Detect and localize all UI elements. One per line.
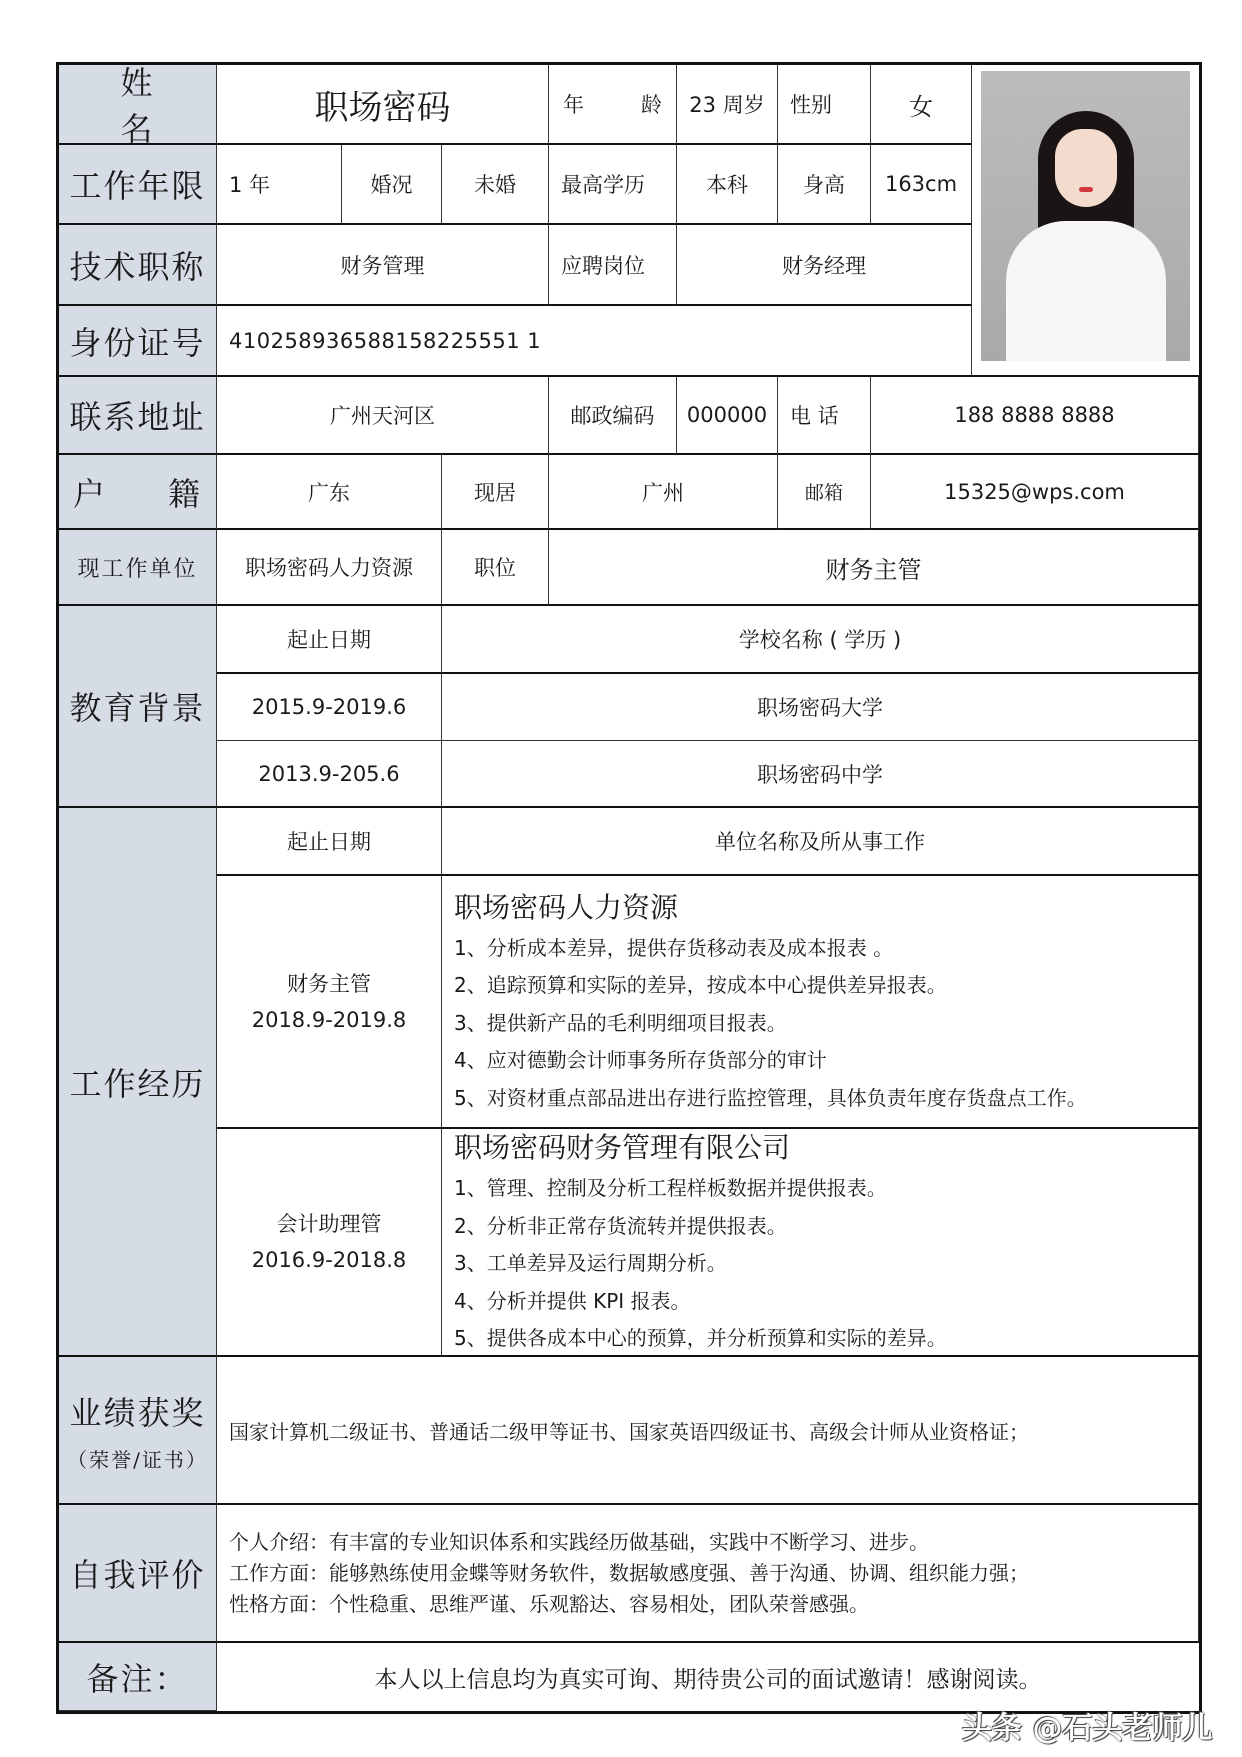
edu-row-school: 职场密码大学 xyxy=(442,674,1199,741)
awards-label: 业绩获奖 （荣誉/证书） xyxy=(59,1357,217,1505)
marital-label: 婚况 xyxy=(342,145,442,225)
hukou-value: 广东 xyxy=(217,455,442,530)
job-duty: 1、管理、控制及分析工程样板数据并提供报表。 xyxy=(454,1170,887,1208)
gender-label: 性别 xyxy=(778,65,871,145)
portrait-image xyxy=(981,71,1190,361)
employer-value: 职场密码人力资源 xyxy=(217,530,442,606)
education-value: 本科 xyxy=(677,145,778,225)
email-label: 邮箱 xyxy=(778,455,871,530)
edu-row-date: 2015.9-2019.6 xyxy=(217,674,442,741)
job-duty: 4、分析并提供 KPI 报表。 xyxy=(454,1283,691,1321)
name-value: 职场密码 xyxy=(217,65,549,145)
resume-table: 姓 名 职场密码 年龄 23 周岁 性别 女 工作年限 1 年 婚况 未婚 最高… xyxy=(56,62,1202,1714)
job-value: 财务主管 xyxy=(549,530,1199,606)
job-period: 2018.9-2019.8 xyxy=(252,1002,407,1038)
job-company: 职场密码财务管理有限公司 xyxy=(454,1126,790,1166)
edu-row-date: 2013.9-205.6 xyxy=(217,741,442,808)
job-period: 2016.9-2018.8 xyxy=(252,1242,407,1278)
portrait-face xyxy=(1055,129,1117,207)
self-eval-text: 个人介绍：有丰富的专业知识体系和实践经历做基础，实践中不断学习、进步。 工作方面… xyxy=(217,1505,1199,1643)
job-duty: 5、提供各成本中心的预算，并分析预算和实际的差异。 xyxy=(454,1320,947,1358)
title-label: 技术职称 xyxy=(59,225,217,306)
job-role: 会计助理管 xyxy=(277,1206,382,1242)
self-eval-line: 工作方面：能够熟练使用金蝶等财务软件，数据敏感度强、善于沟通、协调、组织能力强； xyxy=(229,1558,1029,1589)
self-eval-line: 个人介绍：有丰富的专业知识体系和实践经历做基础，实践中不断学习、进步。 xyxy=(229,1527,929,1558)
work-years-value: 1 年 xyxy=(217,145,342,225)
phone-label: 电 话 xyxy=(778,377,871,455)
job-2-details: 职场密码财务管理有限公司 1、管理、控制及分析工程样板数据并提供报表。 2、分析… xyxy=(442,1129,1199,1357)
gender-value: 女 xyxy=(871,65,972,145)
profile-photo xyxy=(972,65,1199,377)
marital-value: 未婚 xyxy=(442,145,549,225)
title-value: 财务管理 xyxy=(217,225,549,306)
job-1-role-period: 财务主管 2018.9-2019.8 xyxy=(217,876,442,1129)
age-label-b: 龄 xyxy=(641,89,662,119)
education-section-label: 教育背景 xyxy=(59,606,217,808)
id-value: 410258936588158225551 1 xyxy=(217,306,972,377)
work-header-date: 起止日期 xyxy=(217,808,442,876)
job-duty: 4、应对德勤会计师事务所存货部分的审计 xyxy=(454,1042,827,1080)
postcode-value: 000000 xyxy=(677,377,778,455)
hukou-label-b: 籍 xyxy=(168,469,202,515)
hukou-label: 户籍 xyxy=(59,455,217,530)
portrait-lips xyxy=(1079,187,1093,192)
job-2-role-period: 会计助理管 2016.9-2018.8 xyxy=(217,1129,442,1357)
self-eval-line: 性格方面：个性稳重、思维严谨、乐观豁达、容易相处，团队荣誉感强。 xyxy=(229,1589,869,1620)
job-duty: 3、提供新产品的毛利明细项目报表。 xyxy=(454,1005,787,1043)
id-label: 身份证号 xyxy=(59,306,217,377)
position-label: 应聘岗位 xyxy=(549,225,677,306)
hukou-label-a: 户 xyxy=(73,469,107,515)
portrait-shirt xyxy=(1006,221,1166,361)
job-duty: 1、分析成本差异，提供存货移动表及成本报表 。 xyxy=(454,930,893,968)
job-label: 职位 xyxy=(442,530,549,606)
work-header-company: 单位名称及所从事工作 xyxy=(442,808,1199,876)
awards-sublabel: （荣誉/证书） xyxy=(67,1444,208,1473)
job-duty: 5、对资材重点部品进出存进行监控管理，具体负责年度存货盘点工作。 xyxy=(454,1080,1087,1118)
address-value: 广州天河区 xyxy=(217,377,549,455)
job-company: 职场密码人力资源 xyxy=(454,886,678,926)
height-value: 163cm xyxy=(871,145,972,225)
watermark: 头条 @石头老师儿 xyxy=(962,1703,1212,1747)
remarks-label: 备注： xyxy=(59,1643,217,1711)
edu-row-school: 职场密码中学 xyxy=(442,741,1199,808)
awards-text: 国家计算机二级证书、普通话二级甲等证书、国家英语四级证书、高级会计师从业资格证； xyxy=(217,1357,1199,1505)
residence-value: 广州 xyxy=(549,455,778,530)
edu-header-school: 学校名称 ( 学历 ) xyxy=(442,606,1199,674)
awards-label-text: 业绩获奖 xyxy=(69,1388,205,1434)
employer-label: 现工作单位 xyxy=(59,530,217,606)
name-label-text: 姓 名 xyxy=(73,58,202,150)
address-label: 联系地址 xyxy=(59,377,217,455)
position-value: 财务经理 xyxy=(677,225,972,306)
job-1-details: 职场密码人力资源 1、分析成本差异，提供存货移动表及成本报表 。 2、追踪预算和… xyxy=(442,876,1199,1129)
residence-label: 现居 xyxy=(442,455,549,530)
height-label: 身高 xyxy=(778,145,871,225)
work-years-label: 工作年限 xyxy=(59,145,217,225)
edu-header-date: 起止日期 xyxy=(217,606,442,674)
job-duty: 3、工单差异及运行周期分析。 xyxy=(454,1245,727,1283)
age-label: 年龄 xyxy=(549,65,677,145)
work-section-label: 工作经历 xyxy=(59,808,217,1357)
remarks-text: 本人以上信息均为真实可询、期待贵公司的面试邀请！感谢阅读。 xyxy=(217,1643,1199,1711)
age-value: 23 周岁 xyxy=(677,65,778,145)
phone-value: 188 8888 8888 xyxy=(871,377,1199,455)
self-eval-label: 自我评价 xyxy=(59,1505,217,1643)
job-role: 财务主管 xyxy=(287,966,371,1002)
name-label: 姓 名 xyxy=(59,65,217,145)
job-duty: 2、追踪预算和实际的差异，按成本中心提供差异报表。 xyxy=(454,967,947,1005)
postcode-label: 邮政编码 xyxy=(549,377,677,455)
age-label-a: 年 xyxy=(563,89,584,119)
email-value: 15325@wps.com xyxy=(871,455,1199,530)
education-label: 最高学历 xyxy=(549,145,677,225)
job-duty: 2、分析非正常存货流转并提供报表。 xyxy=(454,1208,787,1246)
